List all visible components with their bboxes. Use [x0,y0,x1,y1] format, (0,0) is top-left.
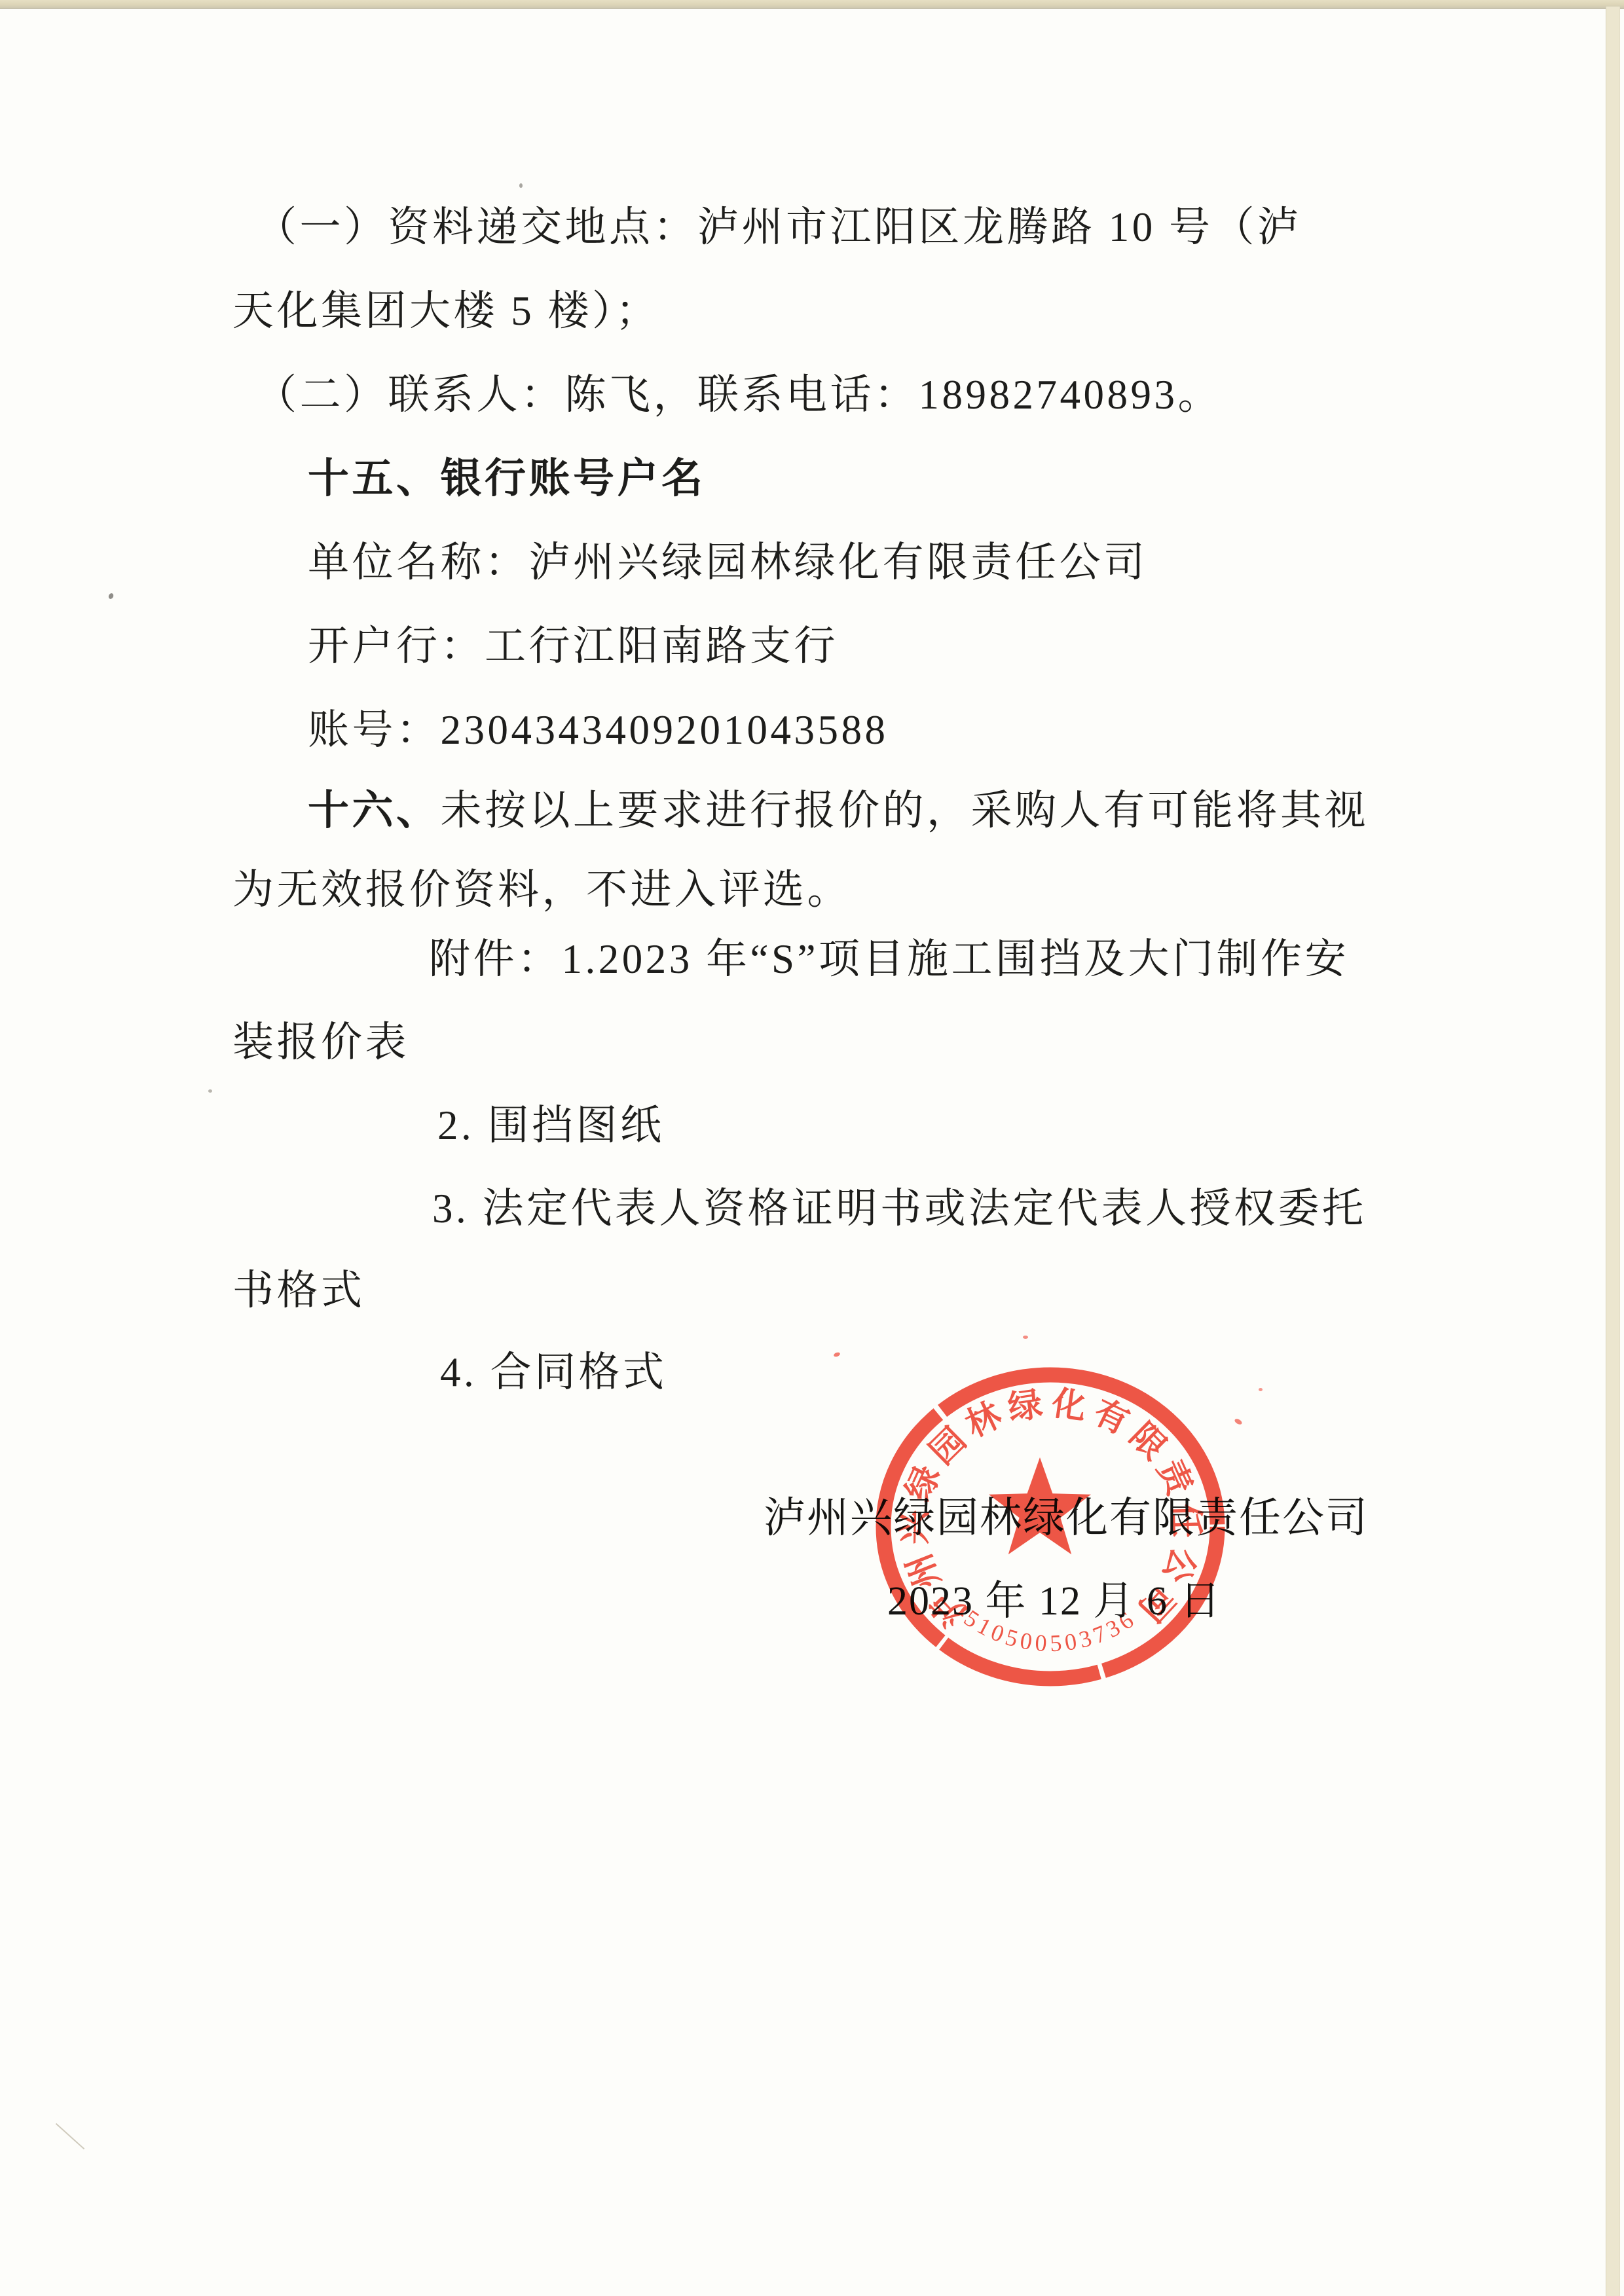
scan-scratch [56,2123,84,2149]
scan-speck [519,183,523,188]
line-bank-branch: 开户行：工行江阳南路支行 [308,623,838,669]
line-attachment-3: 3. 法定代表人资格证明书或法定代表人授权委托 [432,1186,1367,1231]
seal-ink-speck [1259,1388,1263,1391]
document-page: （一）资料递交地点：泸州市江阳区龙腾路 10 号（泸 天化集团大楼 5 楼）； … [0,0,1624,2296]
seal-star-icon [989,1457,1091,1554]
line-unit-name: 单位名称：泸州兴绿园林绿化有限责任公司 [308,539,1148,585]
scan-speck [208,1089,212,1093]
seal-ink-speck [833,1351,840,1357]
line-attachment-1-cont: 装报价表 [232,1019,409,1065]
line-submission-location-cont: 天化集团大楼 5 楼）； [232,288,660,334]
scan-edge-top [0,0,1624,9]
company-seal: 泸州兴绿园林绿化有限责任公司 510500503736 [871,1362,1238,1702]
scan-edge-right [1606,7,1620,2296]
seal-code-holder: 510500503736 [959,1605,1141,1656]
line-contact-person: （二）联系人：陈飞，联系电话：18982740893。 [255,372,1222,418]
section-16-body: 未按以上要求进行报价的，采购人有可能将其视 [441,788,1369,833]
line-attachment-1: 附件：1.2023 年“S”项目施工围挡及大门制作安 [429,936,1349,982]
line-submission-location: （一）资料递交地点：泸州市江阳区龙腾路 10 号（泸 [255,204,1302,250]
heading-section-15-bank-account: 十五、银行账号户名 [308,456,706,501]
line-section-16: 十六、未按以上要求进行报价的，采购人有可能将其视 [308,788,1369,833]
section-16-heading: 十六、 [308,788,441,833]
line-account-number: 账号：2304343409201043588 [308,707,889,753]
line-attachment-4: 4. 合同格式 [440,1349,667,1395]
seal-code-text: 510500503736 [959,1605,1141,1656]
line-attachment-3-cont: 书格式 [232,1267,365,1313]
scan-speck [107,592,114,600]
seal-ink-speck [1023,1336,1028,1339]
line-section-16-cont: 为无效报价资料，不进入评选。 [232,867,851,913]
line-attachment-2: 2. 围挡图纸 [437,1102,665,1148]
